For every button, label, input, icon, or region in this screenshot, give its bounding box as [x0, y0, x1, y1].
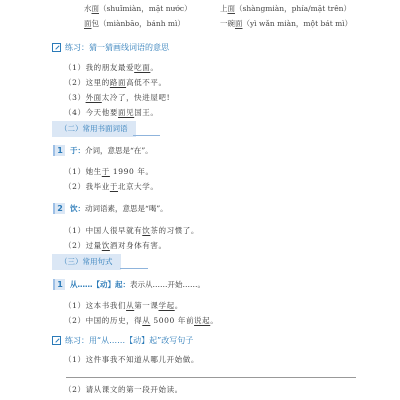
number-badge: 1 — [53, 145, 65, 156]
section-rule — [133, 135, 160, 136]
vocab-item: 面包（miànbāo，bánh mì） — [84, 18, 185, 29]
practice-title: 练习：用“从……【动】起”改写句子 — [65, 335, 193, 346]
entry-key: 饮： — [70, 203, 85, 214]
practice-title: 练习：猜一猜画线词语的意思 — [65, 42, 169, 53]
vocab-item: 水面（shuǐmiàn，mặt nước） — [84, 3, 192, 14]
practice-item: （2）请从课文的第一段开始读。 — [64, 384, 183, 395]
pen-icon — [52, 43, 61, 52]
entry-desc: 表示从……开始……。 — [130, 279, 205, 290]
section-heading: （二）常用书面词语 — [52, 121, 136, 137]
vocab-item: 一碗面（yì wǎn miàn，một bát mì） — [220, 18, 352, 29]
vocab-item: 上面（shàngmiàn，phía/mặt trên） — [220, 3, 351, 14]
entry-heading: 1 于：介词，意思是“在”。 — [53, 145, 153, 156]
example-item: （2）过量饮酒对身体有害。 — [64, 240, 167, 251]
entry-desc: 动词语素，意思是“喝”。 — [85, 203, 168, 214]
entry-key: 从……【动】起： — [70, 279, 130, 290]
practice-item: （2）这里的路面高低不平。 — [64, 77, 167, 88]
practice-heading: 练习：猜一猜画线词语的意思 — [52, 42, 169, 53]
example-item: （1）她生于 1990 年。 — [64, 166, 154, 177]
example-item: （2）我毕业于北京大学。 — [64, 181, 158, 192]
example-item: （1）这本书我们从第一课学起。 — [64, 300, 183, 311]
section-heading: （三）常用句式 — [52, 254, 121, 270]
practice-heading: 练习：用“从……【动】起”改写句子 — [52, 335, 193, 346]
number-badge: 1 — [53, 279, 65, 290]
practice-item: （4）今天他要面见国王。 — [64, 107, 159, 118]
entry-heading: 2 饮：动词语素，意思是“喝”。 — [53, 203, 168, 214]
practice-item: （3）外面太冷了，快进屋吧! — [64, 92, 170, 103]
number-badge: 2 — [53, 203, 65, 214]
example-item: （2）中国的历史，得从 5000 年前说起。 — [64, 315, 218, 326]
answer-line[interactable] — [66, 377, 356, 378]
entry-desc: 介词，意思是“在”。 — [85, 145, 153, 156]
section-rule — [120, 268, 148, 269]
pen-icon — [52, 336, 61, 345]
example-item: （1）中国人很早就有饮茶的习惯了。 — [64, 225, 199, 236]
entry-key: 于： — [70, 145, 85, 156]
practice-item: （1）我的朋友最爱吃面。 — [64, 62, 158, 73]
practice-item: （1）这件事我不知道从哪儿开始做。 — [64, 354, 199, 365]
entry-heading: 1 从……【动】起：表示从……开始……。 — [53, 279, 205, 290]
